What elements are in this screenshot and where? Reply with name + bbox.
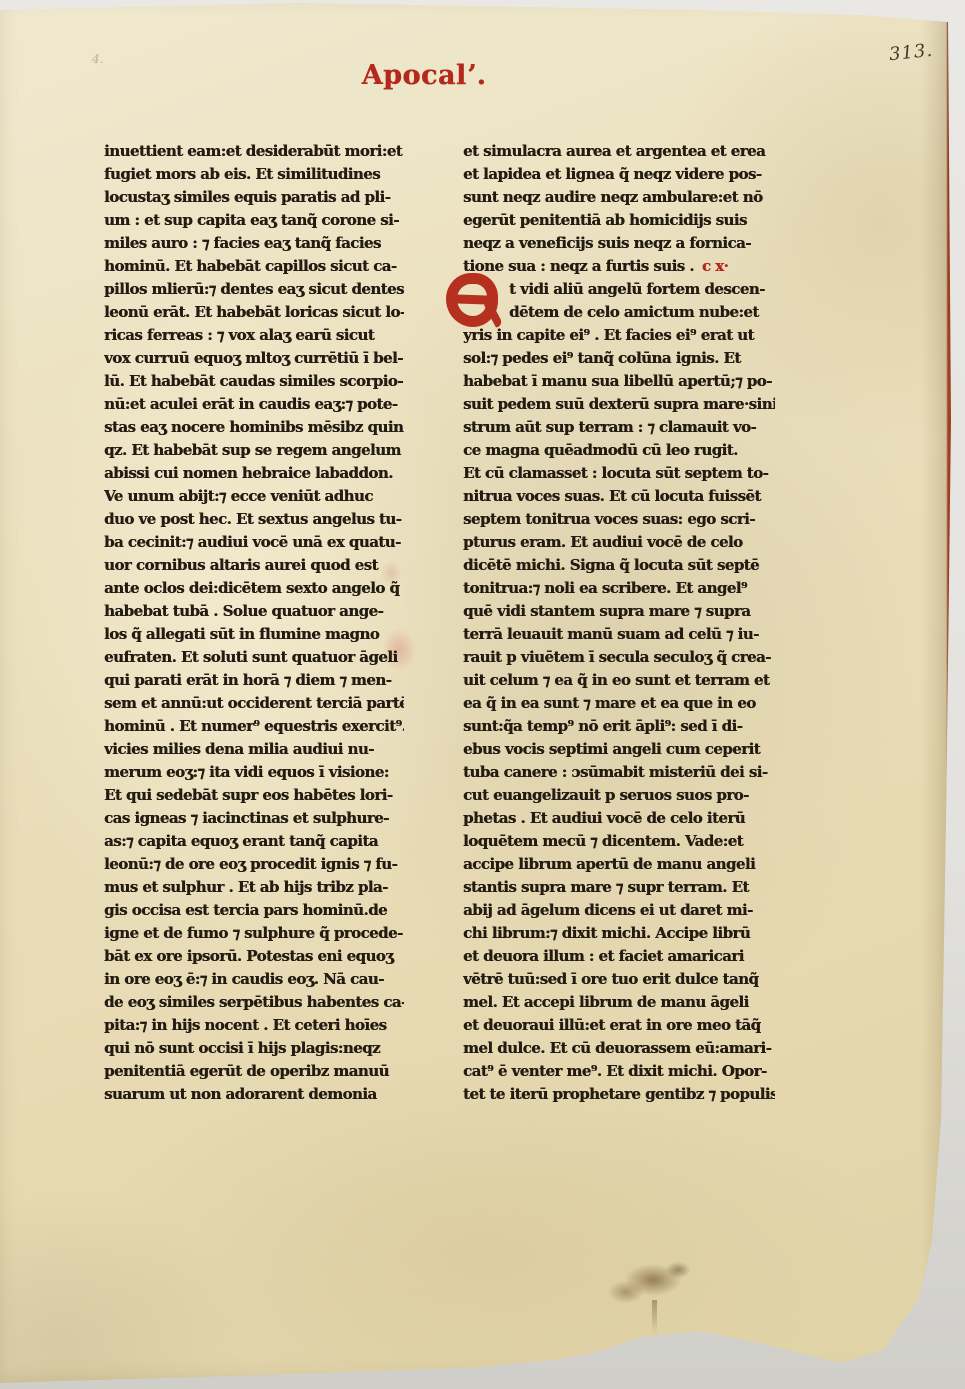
text-line: habebat tubā . Solue quatuor ange- <box>104 600 404 623</box>
text-line: chi librum:⁊ dixit michi. Accipe librū <box>463 922 775 945</box>
text-line: cas igneas ⁊ iacinctinas et sulphure- <box>104 807 404 830</box>
text-column-left: inuettient eam:et desiderabūt mori:etfug… <box>104 140 404 1106</box>
text-line: quē vidi stantem supra mare ⁊ supra <box>463 600 775 623</box>
text-line: de eoʒ similes serpētibus habentes ca- <box>104 991 404 1014</box>
text-line: yris in capite ei⁹ . Et facies ei⁹ erat … <box>463 324 775 347</box>
text-line: Et cū clamasset : locuta sūt septem to- <box>463 462 775 485</box>
text-line: terrā leuauit manū suam ad celū ⁊ iu- <box>463 623 775 646</box>
text-line: leonū:⁊ de ore eoʒ procedit ignis ⁊ fu- <box>104 853 404 876</box>
text-line: ebus vocis septimi angeli cum ceperit <box>463 738 775 761</box>
text-line: ricas ferreas : ⁊ vox alaʒ earū sicut <box>104 324 404 347</box>
text-line: sunt neqz audire neqz ambulare:et nō <box>463 186 775 209</box>
text-line: mel dulce. Et cū deuorassem eū:amari- <box>463 1037 775 1060</box>
text-line: tione sua : neqz a furtis suis .c x· <box>463 255 775 278</box>
red-fore-edge <box>947 18 953 1310</box>
text-line: los q̃ allegati sūt in flumine magno <box>104 623 404 646</box>
text-line: sunt:q̃a temp⁹ nō erit āpli⁹: sed ī di- <box>463 715 775 738</box>
text-line: locustaʒ similes equis paratis ad pli- <box>104 186 404 209</box>
text-line: bāt ex ore ipsorū. Potestas eni equoʒ <box>104 945 404 968</box>
ink-stain-drip <box>652 1300 657 1334</box>
text-line: et lapidea et lignea q̃ neqz videre pos- <box>463 163 775 186</box>
text-line: qui parati erāt in horā ⁊ diem ⁊ men- <box>104 669 404 692</box>
text-line: um : et sup capita eaʒ tanq̃ corone si- <box>104 209 404 232</box>
text-line: inuettient eam:et desiderabūt mori:et <box>104 140 404 163</box>
text-line: phetas . Et audiui vocē de celo iterū <box>463 807 775 830</box>
text-line: suit pedem suū dexterū supra mare·sini- <box>463 393 775 416</box>
text-line: nitrua voces suas. Et cū locuta fuissēt <box>463 485 775 508</box>
text-line: miles auro : ⁊ facies eaʒ tanq̃ facies <box>104 232 404 255</box>
text-line: septem tonitrua voces suas: ego scri- <box>463 508 775 531</box>
page-edge-shadow <box>921 20 947 1300</box>
text-line: fugiet mors ab eis. Et similitudines <box>104 163 404 186</box>
text-line: uit celum ⁊ ea q̃ in eo sunt et terram e… <box>463 669 775 692</box>
text-line: pillos mlierū:⁊ dentes eaʒ sicut dentes <box>104 278 404 301</box>
text-line: pita:⁊ in hijs nocent . Et ceteri hoīes <box>104 1014 404 1037</box>
text-line: igne et de fumo ⁊ sulphure q̃ procede- <box>104 922 404 945</box>
text-line: et deuoraui illū:et erat in ore meo tāq̃ <box>463 1014 775 1037</box>
text-line: gis occisa est tercia pars hominū.de <box>104 899 404 922</box>
text-line: vox curruū equoʒ mltoʒ currētiū ī bel- <box>104 347 404 370</box>
text-line: penitentiā egerūt de operibz manuū <box>104 1060 404 1083</box>
text-line: egerūt penitentiā ab homicidijs suis <box>463 209 775 232</box>
text-line: t vidi aliū angelū fortem descen- <box>463 278 775 301</box>
text-line: Ve unum abijt:⁊ ecce veniūt adhuc <box>104 485 404 508</box>
text-line: tet te iterū prophetare gentibz ⁊ populi… <box>463 1083 775 1106</box>
text-line: neqz a veneficijs suis neqz a fornica- <box>463 232 775 255</box>
text-line: sem et annū:ut occiderent terciā partē <box>104 692 404 715</box>
text-column-right: et simulacra aurea et argentea et ereaet… <box>463 140 775 1106</box>
text-line: sol:⁊ pedes ei⁹ tanq̃ colūna ignis. Et <box>463 347 775 370</box>
chapter-number-rubric: c x· <box>694 257 728 275</box>
text-line: ce magna quēadmodū cū leo rugit. <box>463 439 775 462</box>
text-line: vētrē tuū:sed ī ore tuo erit dulce tanq̃ <box>463 968 775 991</box>
text-line: rauit p viuētem ī secula seculoʒ q̃ crea… <box>463 646 775 669</box>
text-line: uor cornibus altaris aurei quod est <box>104 554 404 577</box>
text-line: ba cecinit:⁊ audiui vocē unā ex quatu- <box>104 531 404 554</box>
text-line: Et qui sedebāt supr eos habētes lori- <box>104 784 404 807</box>
text-line: et simulacra aurea et argentea et erea <box>463 140 775 163</box>
corner-collation-mark: 18 4 <box>898 1346 935 1361</box>
text-line: cut euangelizauit p seruos suos pro- <box>463 784 775 807</box>
text-line: eufraten. Et soluti sunt quatuor āgeli <box>104 646 404 669</box>
text-line: dicētē michi. Signa q̃ locuta sūt septē <box>463 554 775 577</box>
text-line: stas eaʒ nocere hominibs mēsibz quin- <box>104 416 404 439</box>
text-line: in ore eoʒ ē:⁊ in caudis eoʒ. Nā cau- <box>104 968 404 991</box>
text-line: ante oclos dei:dicētem sexto angelo q̃ <box>104 577 404 600</box>
text-line: lū. Et habebāt caudas similes scorpio- <box>104 370 404 393</box>
text-line: pturus eram. Et audiui vocē de celo <box>463 531 775 554</box>
text-line: qui nō sunt occisi ī hijs plagis:neqz <box>104 1037 404 1060</box>
text-line: dētem de celo amictum nube:et <box>463 301 775 324</box>
text-line: abissi cui nomen hebraice labaddon. <box>104 462 404 485</box>
text-line: tonitrua:⁊ noli ea scribere. Et angel⁹ <box>463 577 775 600</box>
text-line: cat⁹ ē venter me⁹. Et dixit michi. Opor- <box>463 1060 775 1083</box>
text-line: ea q̃ in ea sunt ⁊ mare et ea que in eo <box>463 692 775 715</box>
running-title: Apocalʼ. <box>362 60 487 91</box>
parchment-leaf: Apocalʼ. 313. 4. 18 4 inuettient eam:et … <box>0 0 965 1389</box>
chapter-initial-E <box>446 273 498 325</box>
text-line: as:⁊ capita equoʒ erant tanq̃ capita <box>104 830 404 853</box>
text-line: abij ad āgelum dicens ei ut daret mi- <box>463 899 775 922</box>
text-line: merum eoʒ:⁊ ita vidi equos ī visione: <box>104 761 404 784</box>
text-line: accipe librum apertū de manu angeli <box>463 853 775 876</box>
text-line: loquētem mecū ⁊ dicentem. Vade:et <box>463 830 775 853</box>
text-line: mus et sulphur . Et ab hijs tribz pla- <box>104 876 404 899</box>
text-line: mel. Et accepi librum de manu āgeli <box>463 991 775 1014</box>
text-line: hominū. Et habebāt capillos sicut ca- <box>104 255 404 278</box>
text-line: habebat ī manu sua libellū apertū;⁊ po- <box>463 370 775 393</box>
text-line: et deuora illum : et faciet amaricari <box>463 945 775 968</box>
text-line: stantis supra mare ⁊ supr terram. Et <box>463 876 775 899</box>
text-line: tuba canere : ɔsūmabit misteriū dei si- <box>463 761 775 784</box>
text-line: qz. Et habebāt sup se regem angelum <box>104 439 404 462</box>
text-line: nū:et aculei erāt in caudis eaʒ:⁊ pote- <box>104 393 404 416</box>
text-line: duo ve post hec. Et sextus angelus tu- <box>104 508 404 531</box>
text-line: strum aūt sup terram : ⁊ clamauit vo- <box>463 416 775 439</box>
text-line: hominū . Et numer⁹ equestris exercit⁹. <box>104 715 404 738</box>
text-line: leonū erāt. Et habebāt loricas sicut lo- <box>104 301 404 324</box>
text-line: vicies milies dena milia audiui nu- <box>104 738 404 761</box>
text-line: suarum ut non adorarent demonia <box>104 1083 404 1106</box>
pencil-margin-mark: 4. <box>92 52 103 66</box>
manuscript-scan: Apocalʼ. 313. 4. 18 4 inuettient eam:et … <box>0 0 965 1389</box>
